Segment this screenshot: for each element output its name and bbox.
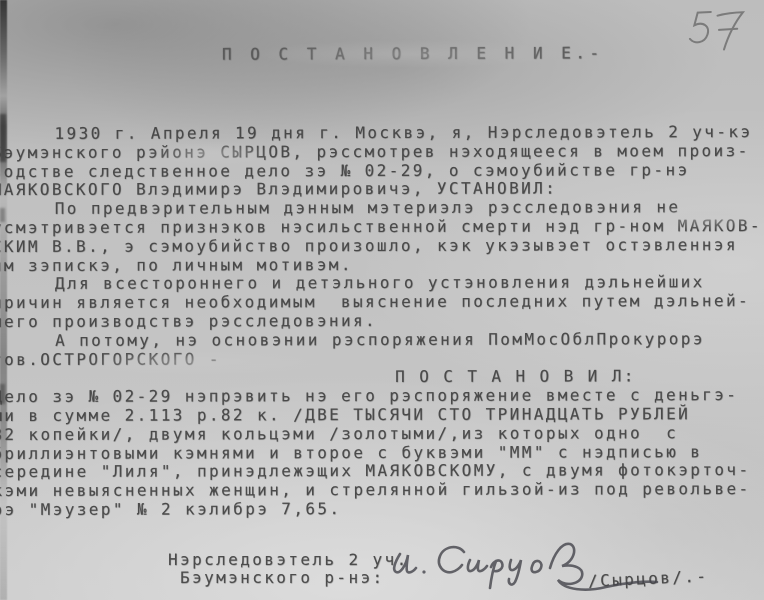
doc-line: причин является необходимым выяснение по…	[0, 292, 764, 313]
doc-line: водстве следственное дело зэ № 02-29, о …	[0, 161, 764, 182]
signer-role-line2: Бэумэнского р-нэ:	[180, 568, 385, 587]
doc-line: СКИМ В.В., э сэмоубийство произошло, кэк…	[0, 236, 764, 257]
signer-role-line1: Нэрследовэтель 2 уч.	[168, 550, 409, 569]
doc-line: рэ "Мэузер" № 2 кэлибрэ 7,65.	[0, 499, 764, 520]
doc-line: кэми невыясненных женщин, и стрелянной г…	[0, 480, 764, 501]
document-title: П О С Т А Н О В Л Е Н И Е.-	[222, 43, 604, 63]
doc-line: тов.ОСТРОГОРСКОГО -	[0, 349, 764, 370]
doc-line: А потому, нэ основэнии рэспоряжения ПомМ…	[0, 330, 764, 351]
page-number-handwritten	[685, 1, 754, 59]
scanned-document-page: П О С Т А Н О В Л Е Н И Е.- 1930 г. Апре…	[0, 0, 764, 600]
handwritten-signature	[378, 524, 678, 600]
document-body: 1930 г. Апреля 19 дня г. Москвэ, я, Нэрс…	[0, 123, 764, 520]
